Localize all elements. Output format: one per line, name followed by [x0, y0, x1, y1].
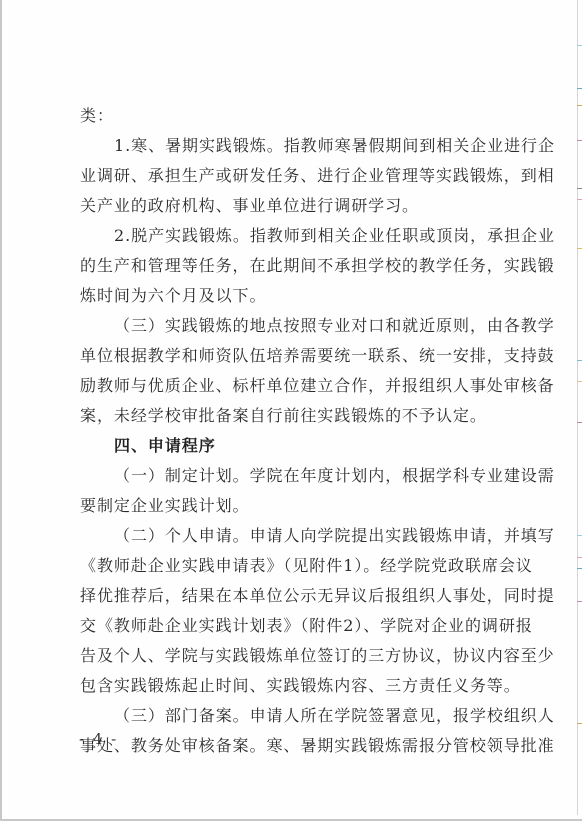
text-line: 交《教师赴企业实践计划表》（附件2）、学院对企业的调研报 [80, 611, 510, 641]
scan-edge-mark [577, 199, 582, 200]
text-line: 事处、教务处审核备案。寒、暑期实践锻炼需报分管校领导批准 [80, 731, 510, 761]
scan-edge-rule [577, 0, 578, 815]
scan-edge-mark [577, 45, 582, 46]
paragraph-section-3: （三）实践锻炼的地点按照专业对口和就近原则，由各教学 [80, 311, 510, 341]
scan-edge-mark [577, 535, 582, 536]
text-line: 单位根据教学和师资队伍培养需要统一联系、统一安排，支持鼓 [80, 341, 510, 371]
page-number: - 4 - [79, 729, 118, 749]
scan-edge-mark [577, 360, 582, 361]
paragraph-step-1: （一）制定计划。学院在年度计划内，根据学科专业建设需 [80, 461, 510, 491]
paragraph-step-3: （三）部门备案。申请人所在学院签署意见，报学校组织人 [80, 701, 510, 731]
text-line: 择优推荐后，结果在本单位公示无异议后报组织人事处，同时提 [80, 581, 510, 611]
text-line: 的生产和管理等任务，在此期间不承担学校的教学任务，实践锻 [80, 251, 510, 281]
text-line: 案，未经学校审批备案自行前往实践锻炼的不予认定。 [80, 401, 510, 431]
scan-edge-mark [577, 568, 582, 569]
text-line: 告及个人、学院与实践锻炼单位签订的三方协议，协议内容至少 [80, 641, 510, 671]
paragraph-item-1: 1.寒、暑期实践锻炼。指教师寒暑假期间到相关企业进行企 [80, 131, 510, 161]
scan-edge-mark [577, 105, 582, 106]
scan-edge-mark [577, 140, 582, 141]
text-line: 《教师赴企业实践申请表》（见附件1）。经学院党政联席会议 [80, 551, 510, 581]
scan-edge-mark [577, 188, 582, 189]
scan-edge-mark [577, 601, 582, 602]
scan-edge-mark [577, 381, 582, 382]
text-line: 关产业的政府机构、事业单位进行调研学习。 [80, 191, 510, 221]
text-line: 励教师与优质企业、标杆单位建立合作，并报组织人事处审核备 [80, 371, 510, 401]
text-line: 业调研、承担生产或研发任务、进行企业管理等实践锻炼，到相 [80, 161, 510, 191]
text-line: 炼时间为六个月及以下。 [80, 281, 510, 311]
text-line: 包含实践锻炼起止时间、实践锻炼内容、三方责任义务等。 [80, 671, 510, 701]
scan-edge-mark [577, 723, 582, 724]
text-line: 类： [80, 101, 510, 131]
scan-edge-mark [577, 88, 582, 89]
section-heading: 四、申请程序 [80, 431, 510, 461]
paragraph-step-2: （二）个人申请。申请人向学院提出实践锻炼申请，并填写 [80, 521, 510, 551]
document-body: 类： 1.寒、暑期实践锻炼。指教师寒暑假期间到相关企业进行企 业调研、承担生产或… [80, 101, 510, 761]
scan-edge-mark [577, 248, 582, 249]
scan-edge-mark [577, 422, 582, 423]
paragraph-item-2: 2.脱产实践锻炼。指教师到相关企业任职或顶岗，承担企业 [80, 221, 510, 251]
text-line: 要制定企业实践计划。 [80, 491, 510, 521]
document-page: 类： 1.寒、暑期实践锻炼。指教师寒暑假期间到相关企业进行企 业调研、承担生产或… [0, 0, 582, 821]
scan-edge-mark [577, 557, 582, 558]
